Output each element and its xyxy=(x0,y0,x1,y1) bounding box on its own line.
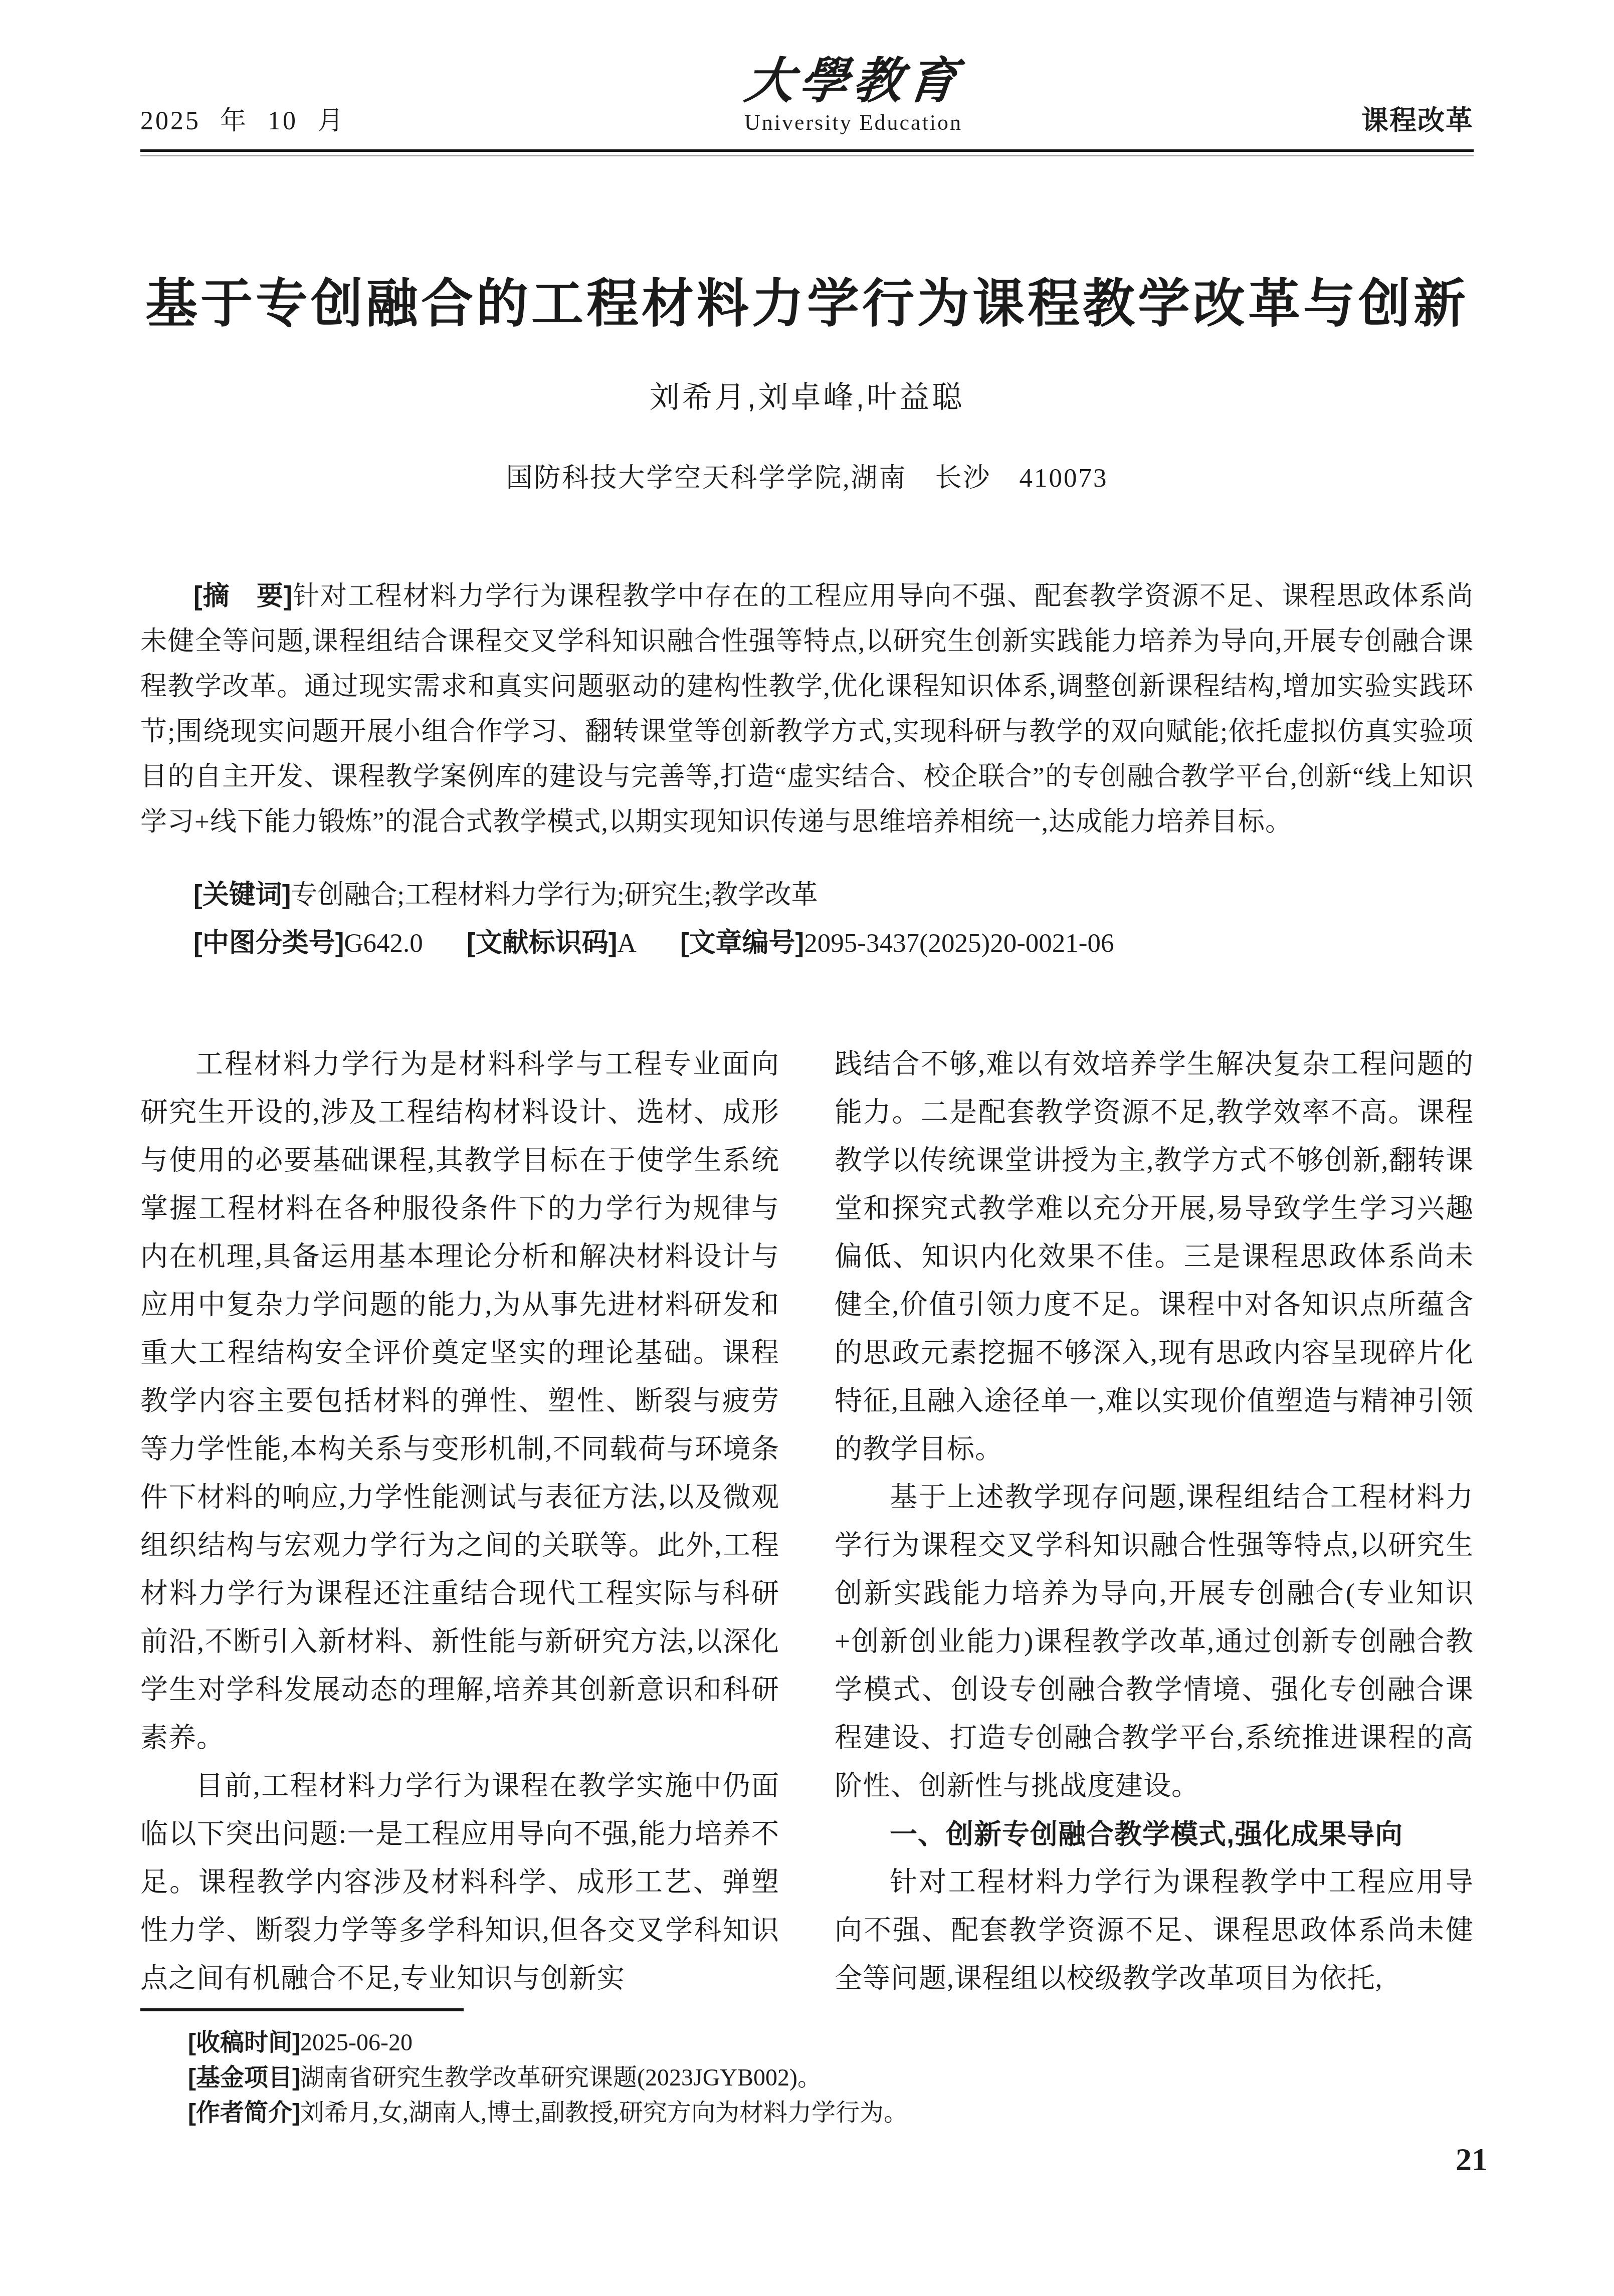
footnote-received: [收稿时间]2025-06-20 xyxy=(188,2025,779,2060)
page-header: 2025 年 10 月 大學教育 University Education 课程… xyxy=(140,0,1474,136)
abstract-text: 针对工程材料力学行为课程教学中存在的工程应用导向不强、配套教学资源不足、课程思政… xyxy=(140,582,1474,837)
doc-code-label: [文献标识码] xyxy=(467,928,617,958)
body-paragraph: 目前,工程材料力学行为课程在教学实施中仍面临以下突出问题:一是工程应用导向不强,… xyxy=(140,1762,779,2002)
article-id-group: [文章编号]2095-3437(2025)20-0021-06 xyxy=(680,929,1114,958)
abstract-paragraph: [摘 要]针对工程材料力学行为课程教学中存在的工程应用导向不强、配套教学资源不足… xyxy=(140,574,1474,845)
footnote-rule xyxy=(140,2008,464,2011)
keywords-line: [关键词]专创融合;工程材料力学行为;研究生;教学改革 xyxy=(140,871,1474,919)
footnote-fund: [基金项目]湖南省研究生教学改革研究课题(2023JGYB002)。 xyxy=(188,2060,779,2096)
keywords-label: [关键词] xyxy=(193,880,291,910)
left-column: 工程材料力学行为是材料科学与工程专业面向研究生开设的,涉及工程结构材料设计、选材… xyxy=(140,1040,779,2131)
right-column: 践结合不够,难以有效培养学生解决复杂工程问题的能力。二是配套教学资源不足,教学效… xyxy=(835,1040,1474,2131)
abstract-label: [摘 要] xyxy=(193,581,293,611)
article-id-value: 2095-3437(2025)20-0021-06 xyxy=(804,929,1114,958)
article-affiliation: 国防科技大学空天科学学院,湖南 长沙 410073 xyxy=(140,462,1474,495)
page-number: 21 xyxy=(1456,2141,1488,2178)
footnote-received-text: 2025-06-20 xyxy=(300,2029,413,2056)
footnote-fund-label: [基金项目] xyxy=(188,2064,300,2091)
doc-code-value: A xyxy=(617,929,636,958)
footnote-author-bio-text: 刘希月,女,湖南人,博士,副教授,研究方向为材料力学行为。 xyxy=(300,2100,908,2126)
classification-line: [中图分类号]G642.0 [文献标识码]A [文章编号]2095-3437(2… xyxy=(140,919,1474,967)
journal-logo: 大學教育 University Education xyxy=(744,54,962,136)
article-id-label: [文章编号] xyxy=(680,928,804,958)
article-title: 基于专创融合的工程材料力学行为课程教学改革与创新 xyxy=(140,269,1474,339)
issue-date: 2025 年 10 月 xyxy=(140,106,345,136)
clc-group: [中图分类号]G642.0 xyxy=(193,929,423,958)
body-paragraph: 基于上述教学现存问题,课程组结合工程材料力学行为课程交叉学科知识融合性强等特点,… xyxy=(835,1473,1474,1810)
footnote-fund-text: 湖南省研究生教学改革研究课题(2023JGYB002)。 xyxy=(300,2064,822,2091)
clc-label: [中图分类号] xyxy=(193,928,344,958)
keywords-text: 专创融合;工程材料力学行为;研究生;教学改革 xyxy=(291,881,818,910)
journal-logo-english: University Education xyxy=(744,109,962,136)
header-rule xyxy=(140,149,1474,156)
footnote-author-bio-label: [作者简介] xyxy=(188,2100,300,2126)
section-label: 课程改革 xyxy=(1361,105,1474,136)
body-paragraph: 针对工程材料力学行为课程教学中工程应用导向不强、配套教学资源不足、课程思政体系尚… xyxy=(835,1858,1474,2002)
footnote-author-bio: [作者简介]刘希月,女,湖南人,博士,副教授,研究方向为材料力学行为。 xyxy=(188,2096,779,2131)
article-authors: 刘希月,刘卓峰,叶益聪 xyxy=(140,379,1474,415)
clc-value: G642.0 xyxy=(344,929,423,958)
footnote-received-label: [收稿时间] xyxy=(188,2029,300,2056)
body-columns: 工程材料力学行为是材料科学与工程专业面向研究生开设的,涉及工程结构材料设计、选材… xyxy=(140,1040,1474,2131)
doc-code-group: [文献标识码]A xyxy=(467,929,637,958)
footnote-block: [收稿时间]2025-06-20 [基金项目]湖南省研究生教学改革研究课题(20… xyxy=(140,2025,779,2131)
body-paragraph: 践结合不够,难以有效培养学生解决复杂工程问题的能力。二是配套教学资源不足,教学效… xyxy=(835,1040,1474,1473)
section-heading: 一、创新专创融合教学模式,强化成果导向 xyxy=(835,1810,1474,1858)
journal-page: 2025 年 10 月 大學教育 University Education 课程… xyxy=(0,0,1614,2296)
journal-logo-calligraphy: 大學教育 xyxy=(741,54,965,108)
right-column-body: 践结合不够,难以有效培养学生解决复杂工程问题的能力。二是配套教学资源不足,教学效… xyxy=(835,1040,1474,2002)
left-column-body: 工程材料力学行为是材料科学与工程专业面向研究生开设的,涉及工程结构材料设计、选材… xyxy=(140,1040,779,2002)
body-paragraph: 工程材料力学行为是材料科学与工程专业面向研究生开设的,涉及工程结构材料设计、选材… xyxy=(140,1040,779,1762)
